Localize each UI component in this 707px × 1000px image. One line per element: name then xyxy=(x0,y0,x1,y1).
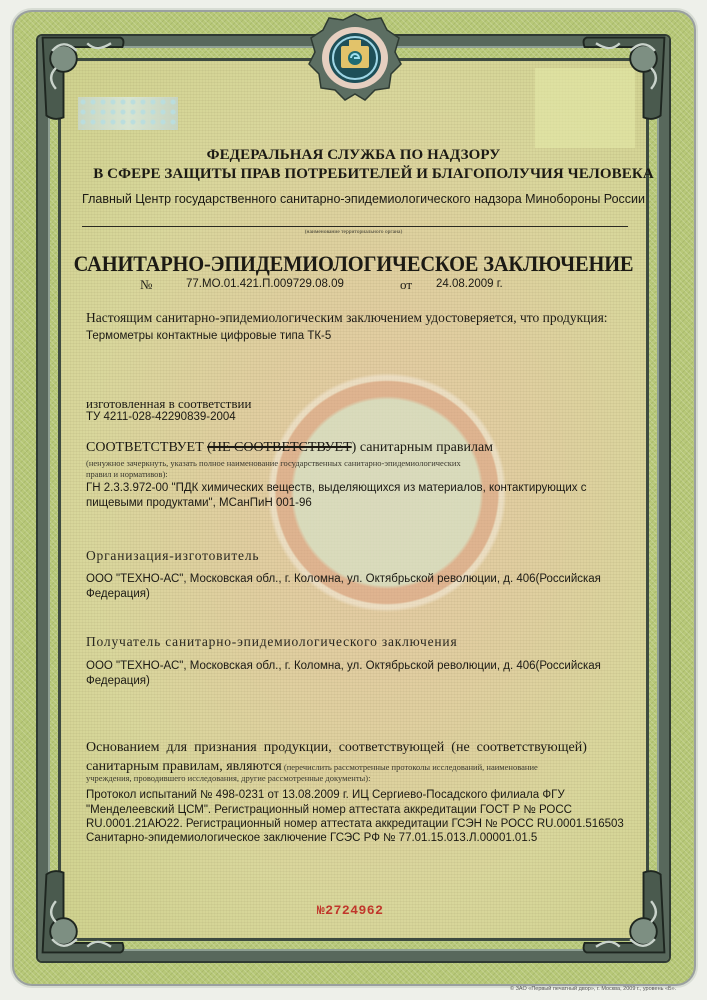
basis-protocol-line1: Протокол испытаний № 498-0231 от 13.08.2… xyxy=(86,789,565,801)
manufactured-label: изготовленная в соответствии xyxy=(86,396,251,412)
printer-imprint: © ЗАО «Первый печатный двор», г. Москва,… xyxy=(510,986,676,992)
serial-number: №2724962 xyxy=(317,903,383,918)
sanitary-rules-line2: пищевыми продуктами", МСанПиН 001-96 xyxy=(86,497,312,509)
issuing-center: Главный Центр государственного санитарно… xyxy=(82,192,645,206)
compliance-suffix: ) санитарным правилам xyxy=(352,440,493,455)
territorial-body-caption: (наименование территориального органа) xyxy=(0,229,707,235)
certifies-statement: Настоящим санитарно-эпидемиологическим з… xyxy=(86,310,608,326)
agency-name-line1: ФЕДЕРАЛЬНАЯ СЛУЖБА ПО НАДЗОРУ xyxy=(0,147,707,164)
manufacturer-address-line1: ООО "ТЕХНО-АС", Московская обл., г. Коло… xyxy=(86,573,601,585)
recipient-address-line2: Федерация) xyxy=(86,675,150,687)
complies-text: СООТВЕТСТВУЕТ xyxy=(86,440,207,455)
certificate-date: 24.08.2009 г. xyxy=(436,278,503,290)
compliance-note-line2: правил и нормативов): xyxy=(86,469,168,479)
basis-heading-line2: санитарным правилам, являются xyxy=(86,759,282,774)
basis-protocol-line4: Санитарно-эпидемиологическое заключение … xyxy=(86,832,537,844)
certification-emblem-icon xyxy=(305,12,405,102)
agency-name-line2: В СФЕРЕ ЗАЩИТЫ ПРАВ ПОТРЕБИТЕЛЕЙ И БЛАГО… xyxy=(20,166,707,183)
manufacturer-address-line2: Федерация) xyxy=(86,588,150,600)
manufactured-standard: ТУ 4211-028-42290839-2004 xyxy=(86,411,236,423)
divider-line xyxy=(82,226,628,227)
compliance-note-line1: (ненужное зачеркнуть, указать полное наи… xyxy=(86,458,461,468)
product-name: Термометры контактные цифровые типа ТК-5 xyxy=(86,330,331,342)
ornamental-corner-icon xyxy=(577,865,672,960)
document-title: САНИТАРНО-ЭПИДЕМИОЛОГИЧЕСКОЕ ЗАКЛЮЧЕНИЕ xyxy=(25,251,683,277)
sanitary-rules-line1: ГН 2.3.3.972-00 "ПДК химических веществ,… xyxy=(86,482,586,494)
not-complies-struck: (НЕ СООТВЕТСТВУЕТ xyxy=(207,440,351,455)
date-label: от xyxy=(400,277,412,293)
manufacturer-heading: Организация-изготовитель xyxy=(86,548,259,564)
number-label: № xyxy=(140,277,152,293)
recipient-address-line1: ООО "ТЕХНО-АС", Московская обл., г. Коло… xyxy=(86,660,601,672)
ornamental-corner-icon xyxy=(35,30,130,125)
ornamental-corner-icon xyxy=(577,30,672,125)
ornamental-corner-icon xyxy=(35,865,130,960)
recipient-heading: Получатель санитарно-эпидемиологического… xyxy=(86,634,457,650)
basis-heading-line1: Основанием для признания продукции, соот… xyxy=(86,740,587,756)
compliance-line: СООТВЕТСТВУЕТ (НЕ СООТВЕТСТВУЕТ) санитар… xyxy=(86,440,493,456)
basis-protocol-line2: "Менделеевский ЦСМ". Регистрационный ном… xyxy=(86,804,572,816)
basis-protocol-line3: RU.0001.21АЮ22. Регистрационный номер ат… xyxy=(86,818,624,830)
basis-note-line2: учреждения, проводившего исследования, д… xyxy=(86,773,370,783)
basis-note-inline: (перечислить рассмотренные протоколы исс… xyxy=(282,762,538,772)
certificate-number: 77.МО.01.421.П.009729.08.09 xyxy=(186,278,344,290)
